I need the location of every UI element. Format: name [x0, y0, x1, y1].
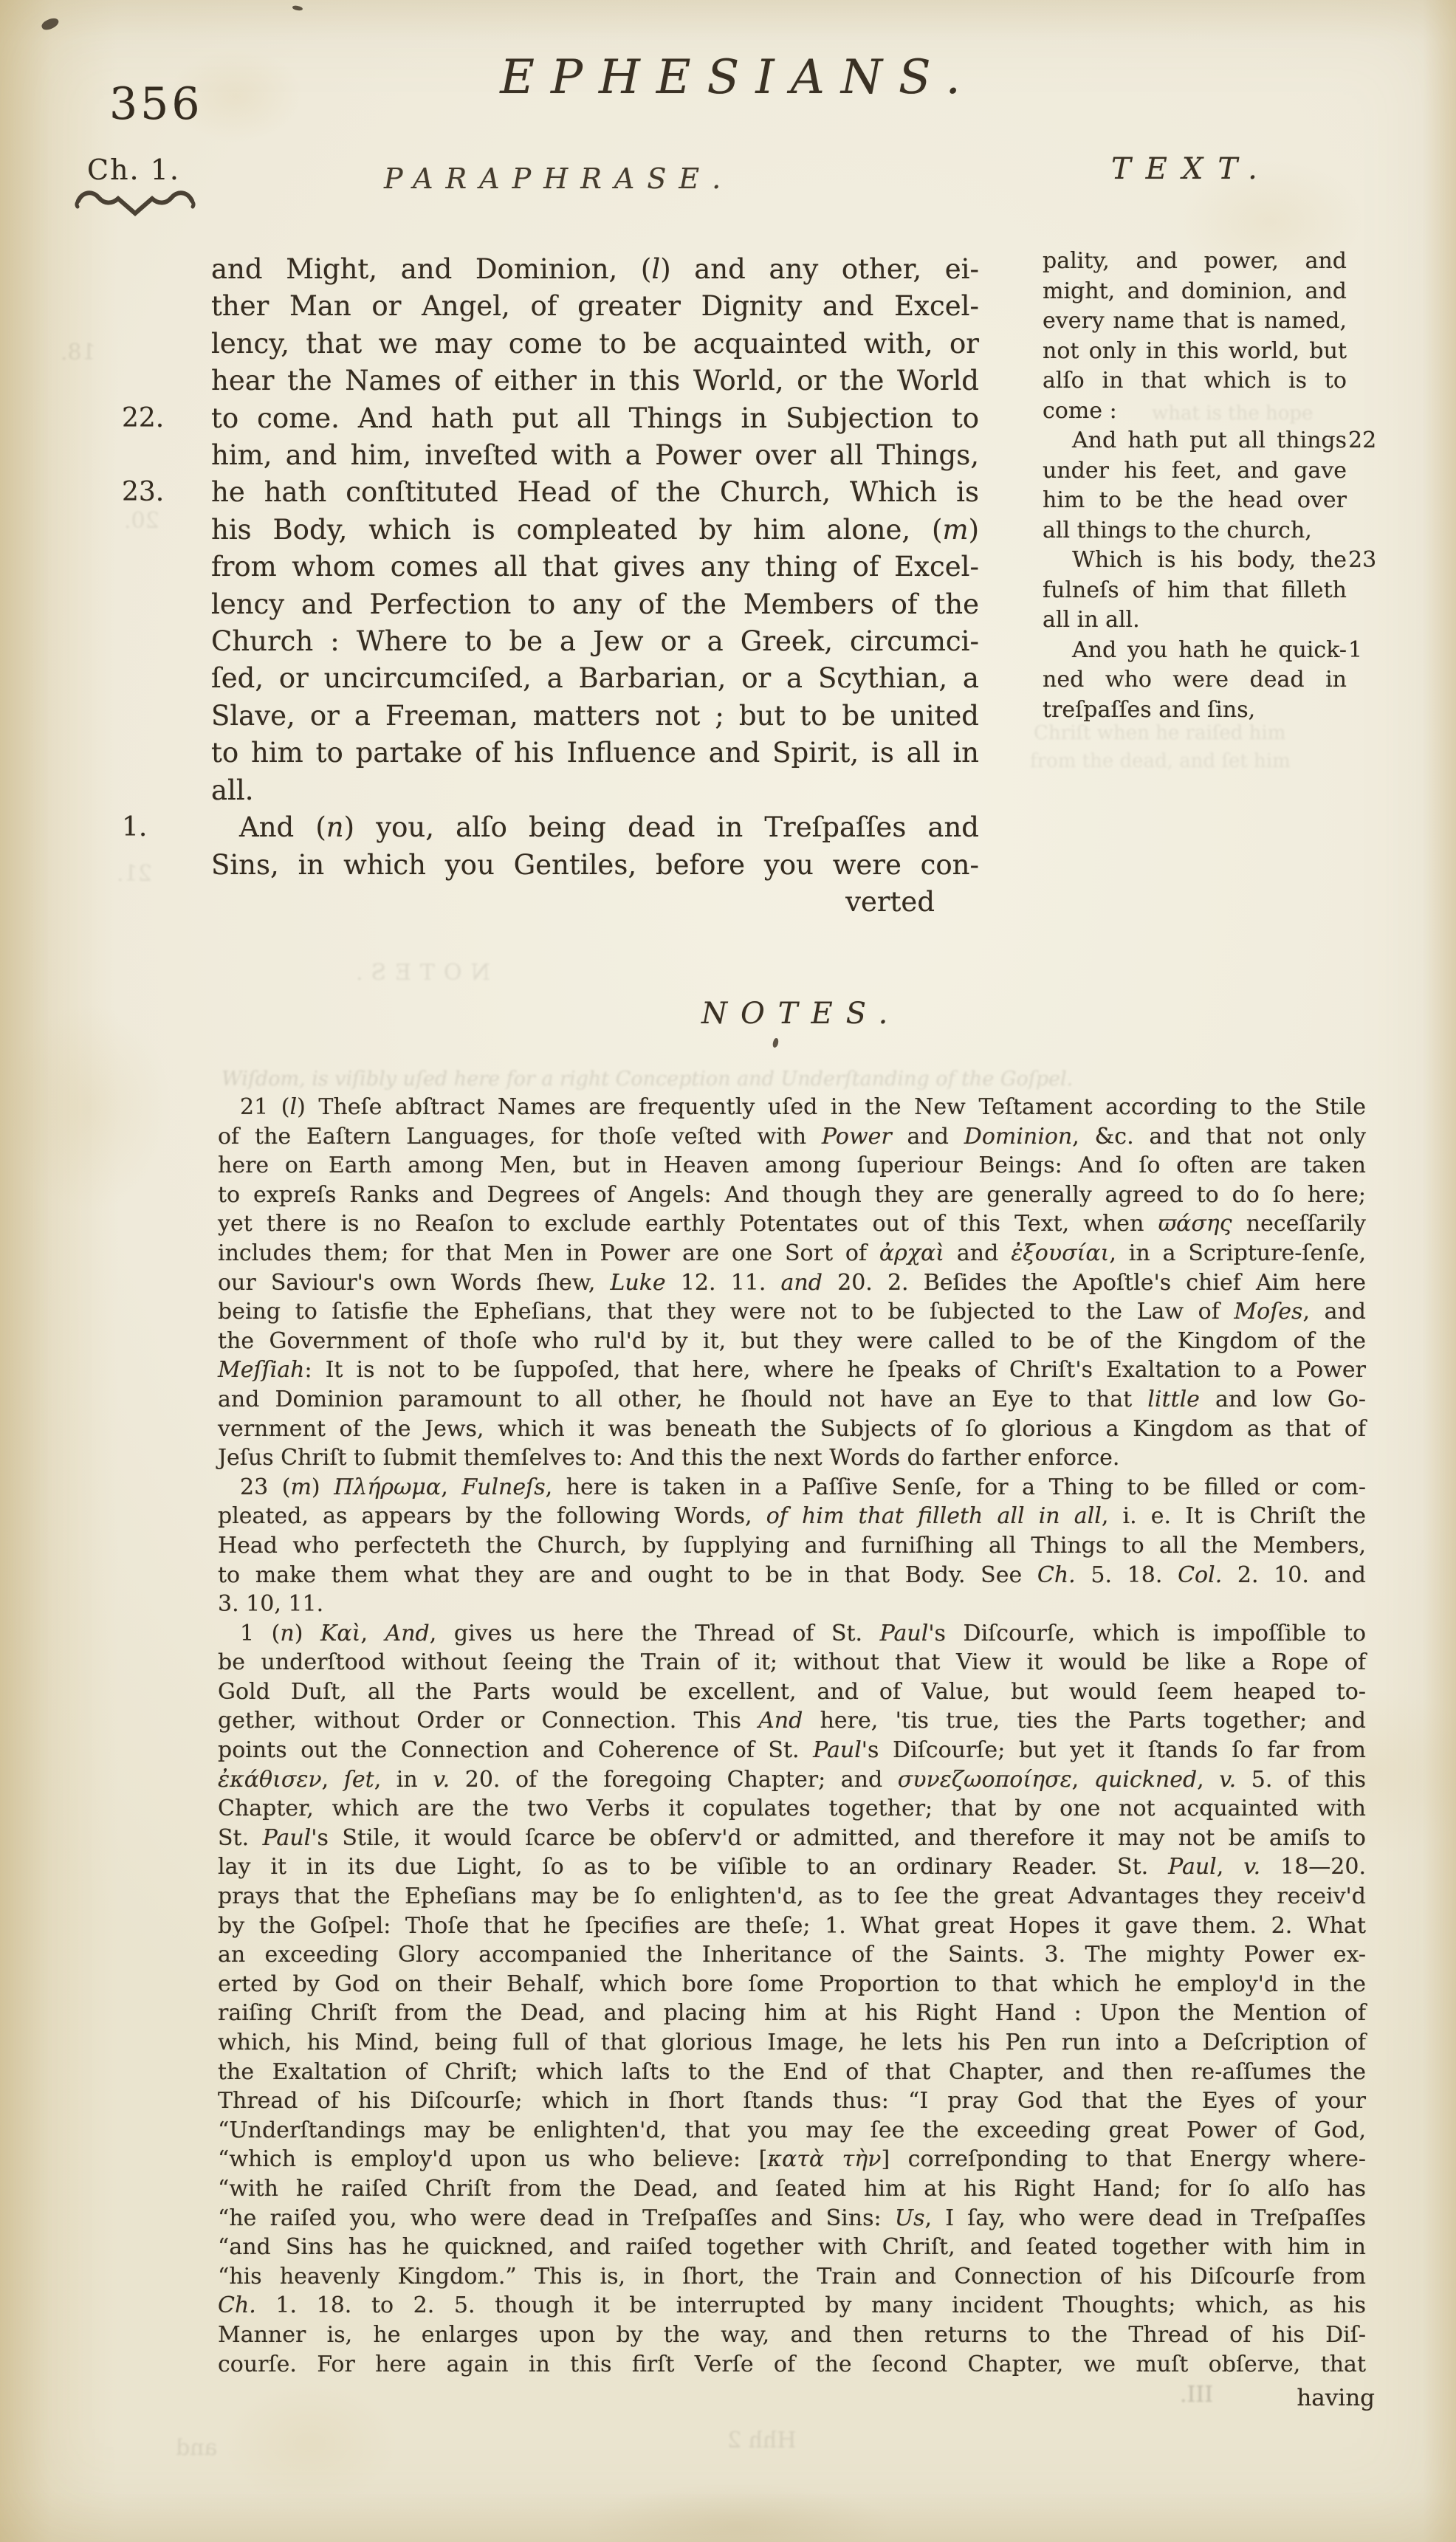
- note-line: being to ſatisfie the Epheſians, that th…: [218, 1297, 1366, 1327]
- paraphrase-line: Sins, in which you Gentiles, before you …: [211, 847, 979, 884]
- text-line: all in all.: [1043, 605, 1347, 636]
- note-line: lay it in its due Light, ſo as to be viſ…: [218, 1852, 1366, 1882]
- note-line: Thread of his Diſcourſe; which in ſhort …: [218, 2086, 1366, 2116]
- note-line: which, his Mind, being full of that glor…: [218, 2028, 1366, 2058]
- paraphrase-line: all.: [211, 772, 979, 809]
- paraphrase-line: And (n) you, alſo being dead in Treſpaſſ…: [211, 809, 979, 846]
- ghost-text: Wiſdom, is viſibly uſed here for a right…: [222, 1068, 1073, 1090]
- verse-number: 23.: [122, 474, 202, 511]
- text-line: And you hath he quick-1: [1043, 636, 1347, 666]
- note-line: by the Goſpel: Thoſe that he ſpecifies a…: [218, 1911, 1366, 1941]
- paraphrase-line: he hath conſtituted Head of the Church, …: [211, 474, 979, 511]
- ghost-text: Chriſt when he raiſed him: [1034, 722, 1285, 744]
- text-line: Which is his body, the23: [1043, 546, 1347, 576]
- book-page-scan: 356 Ch. 1. EPHESIANS. PARAPHRASE. TEXT. …: [0, 0, 1456, 2542]
- note-line: Manner is, he enlarges upon by the way, …: [218, 2321, 1366, 2350]
- paraphrase-line: Church : Where to be a Jew or a Greek, c…: [211, 623, 979, 660]
- note-line: 23 (m) Πλήρωμα, Fulneſs, here is taken i…: [218, 1473, 1366, 1502]
- catchword: having: [1297, 2385, 1375, 2411]
- note-line: of the Eaſtern Languages, for thoſe veſt…: [218, 1122, 1366, 1152]
- chapter-label: Ch. 1.: [87, 154, 180, 186]
- ink-speck: [772, 1037, 779, 1048]
- note-line: be underſtood without ſeeing the Train o…: [218, 1648, 1366, 1677]
- text-line: fulneſs of him that filleth: [1043, 576, 1347, 606]
- text-line: alſo in that which is to: [1043, 366, 1347, 396]
- note-line: “he raiſed you, who were dead in Treſpaſ…: [218, 2204, 1366, 2233]
- note-line: pleated, as appears by the following Wor…: [218, 1502, 1366, 1531]
- paraphrase-heading: PARAPHRASE.: [384, 162, 733, 195]
- note-line: courſe. For here again in this firſt Ver…: [218, 2350, 1366, 2380]
- running-title: EPHESIANS.: [413, 50, 1063, 105]
- note-line: Jeſus Chriſt to ſubmit themſelves to: An…: [218, 1443, 1366, 1473]
- note-line: yet there is no Reaſon to exclude earthl…: [218, 1209, 1366, 1239]
- note-line: erted by God on their Behalf, which bore…: [218, 1970, 1366, 1999]
- paraphrase-line: Slave, or a Freeman, matters not ; but t…: [211, 698, 979, 735]
- paraphrase-line: to come. And hath put all Things in Subj…: [211, 400, 979, 437]
- note-line: ἐκάθισεν, ſet, in v. 20. of the foregoin…: [218, 1765, 1366, 1795]
- text-line: might, and dominion, and: [1043, 277, 1347, 307]
- note-line: an exceeding Glory accompanied the Inher…: [218, 1940, 1366, 1970]
- chapter-flourish-icon: [74, 189, 196, 220]
- verse-number: 22: [1348, 426, 1390, 456]
- text-line: pality, and power, and: [1043, 247, 1347, 277]
- notes-heading: NOTES.: [701, 997, 901, 1031]
- notes-body: 21 (l) Theſe abſtract Names are frequent…: [218, 1093, 1366, 2379]
- note-line: here on Earth among Men, but in Heaven a…: [218, 1151, 1366, 1181]
- ink-speck: [292, 5, 303, 11]
- verse-number: 1.: [122, 809, 202, 846]
- note-line: 1 (n) Καὶ, And, gives us here the Thread…: [218, 1619, 1366, 1649]
- note-line: includes them; for that Men in Power are…: [218, 1239, 1366, 1268]
- paraphrase-line: lency, that we may come to be acquainted…: [211, 326, 979, 363]
- paraphrase-line: him, and him, inveſted with a Power over…: [211, 437, 979, 474]
- ghost-text: Hhh 2: [727, 2428, 796, 2453]
- note-line: Head who perfecteth the Church, by ſuppl…: [218, 1531, 1366, 1561]
- note-line: raiſing Chriſt from the Dead, and placin…: [218, 1999, 1366, 2028]
- note-line: our Saviour's own Words ſhew, Luke 12. 1…: [218, 1268, 1366, 1298]
- text-heading: TEXT.: [1111, 152, 1272, 186]
- paraphrase-line: ther Man or Angel, of greater Dignity an…: [211, 288, 979, 325]
- paraphrase-line: hear the Names of either in this World, …: [211, 363, 979, 399]
- paraphrase-line: to him to partake of his Influence and S…: [211, 735, 979, 772]
- note-line: Ch. 1. 18. to 2. 5. though it be interru…: [218, 2291, 1366, 2321]
- note-line: St. Paul's Stile, it would ſcarce be obſ…: [218, 1824, 1366, 1853]
- verse-number: 1: [1348, 636, 1390, 666]
- note-line: prays that the Epheſians may be ſo enlig…: [218, 1882, 1366, 1911]
- note-line: to make them what they are and ought to …: [218, 1561, 1366, 1590]
- note-line: “with he raiſed Chriſt from the Dead, an…: [218, 2174, 1366, 2204]
- verse-number: 23: [1348, 546, 1390, 576]
- page-number: 356: [109, 78, 203, 130]
- text-line: under his feet, and gave: [1043, 456, 1347, 487]
- note-line: “and Sins has he quickned, and raiſed to…: [218, 2233, 1366, 2262]
- text-line: come :: [1043, 396, 1347, 427]
- text-line: every name that is named,: [1043, 306, 1347, 337]
- note-line: “which is employ'd upon us who believe: …: [218, 2145, 1366, 2174]
- ghost-text: and: [176, 2435, 217, 2461]
- note-line: vernment of the Jews, which it was benea…: [218, 1415, 1366, 1444]
- note-line: Meſſiah: It is not to be ſuppoſed, that …: [218, 1356, 1366, 1385]
- text-line: all things to the church,: [1043, 516, 1347, 546]
- note-line: the Exaltation of Chriſt; which laſts to…: [218, 2058, 1366, 2087]
- paraphrase-line: lency and Perfection to any of the Membe…: [211, 586, 979, 623]
- note-line: “his heavenly Kingdom.” This is, in ſhor…: [218, 2262, 1366, 2292]
- note-line: points out the Connection and Coherence …: [218, 1736, 1366, 1765]
- ghost-text: 18.: [61, 340, 96, 365]
- paraphrase-column: and Might, and Dominion, (l) and any oth…: [211, 251, 979, 921]
- ghost-text: NOTES.: [347, 960, 490, 986]
- note-line: to expreſs Ranks and Degrees of Angels: …: [218, 1181, 1366, 1210]
- ghost-text: from the dead, and ſet him: [1030, 750, 1291, 772]
- paraphrase-line: from whom comes all that gives any thing…: [211, 549, 979, 585]
- verse-number: 22.: [122, 400, 202, 437]
- text-line: treſpaſſes and ſins,: [1043, 695, 1347, 726]
- ghost-text: 21.: [117, 861, 152, 887]
- note-line: Gold Duſt, all the Parts would be excell…: [218, 1677, 1366, 1707]
- paraphrase-line: verted: [211, 884, 979, 921]
- note-line: 3. 10, 11.: [218, 1590, 1366, 1619]
- text-line: ned who were dead in: [1043, 665, 1347, 695]
- text-line: not only in this world, but: [1043, 337, 1347, 367]
- note-line: 21 (l) Theſe abſtract Names are frequent…: [218, 1093, 1366, 1122]
- text-line: And hath put all things22: [1043, 426, 1347, 456]
- paraphrase-line: his Body, which is compleated by him alo…: [211, 512, 979, 549]
- ink-speck: [40, 16, 60, 32]
- note-line: Chapter, which are the two Verbs it copu…: [218, 1794, 1366, 1824]
- note-line: “Underſtandings may be enlighten'd, that…: [218, 2116, 1366, 2146]
- note-line: and Dominion paramount to all other, he …: [218, 1385, 1366, 1415]
- text-column: pality, and power, andmight, and dominio…: [1043, 247, 1347, 725]
- paraphrase-line: and Might, and Dominion, (l) and any oth…: [211, 251, 979, 288]
- text-line: him to be the head over: [1043, 486, 1347, 516]
- note-line: the Government of thoſe who rul'd by it,…: [218, 1327, 1366, 1356]
- ghost-text: 20.: [124, 508, 159, 534]
- note-line: gether, without Order or Connection. Thi…: [218, 1706, 1366, 1736]
- ghost-text: .III: [1180, 2382, 1213, 2408]
- paraphrase-line: ſed, or uncircumciſed, a Barbarian, or a…: [211, 660, 979, 697]
